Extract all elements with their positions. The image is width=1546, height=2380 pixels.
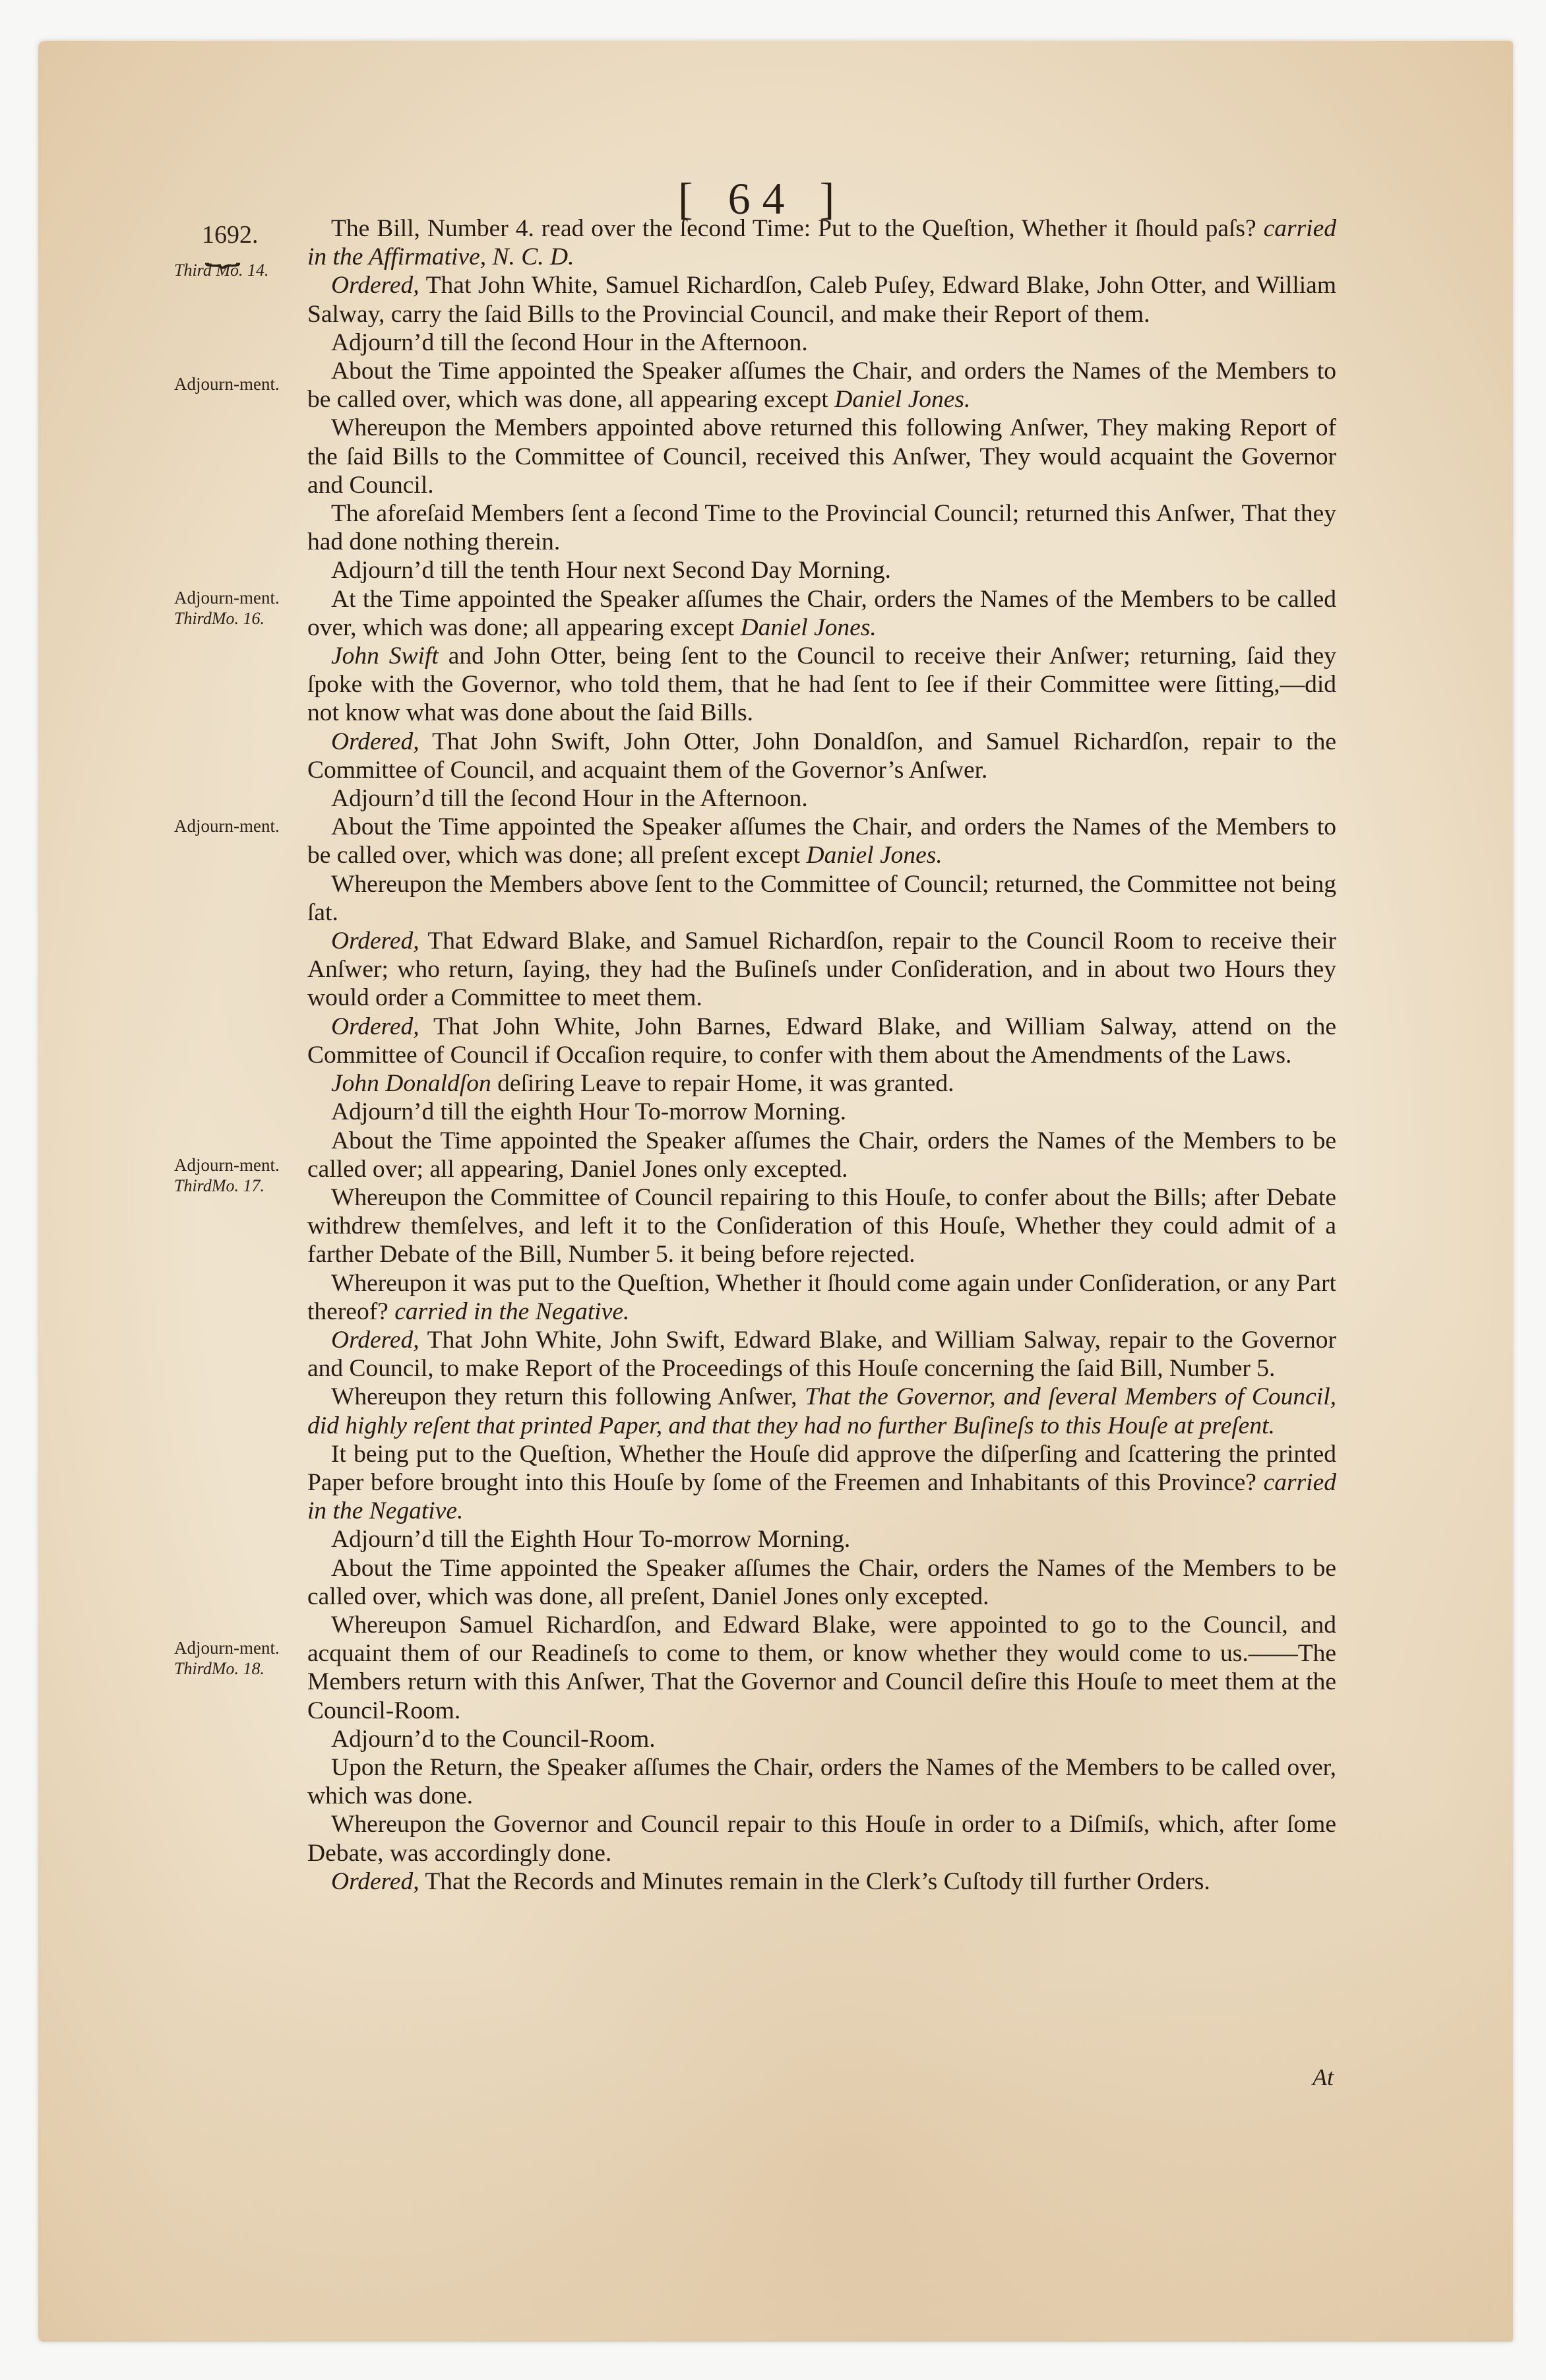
margin-note-adjournment: Adjourn-ment. ThirdMo. 16. [174,587,286,629]
paragraph-text: Adjourn’d till the Eighth Hour To-morrow… [331,1526,850,1553]
paragraph: Ordered, That John Swift, John Otter, Jo… [307,728,1336,784]
paragraph-text: That the Records and Minutes remain in t… [419,1868,1210,1895]
italic-lead: Ordered, [331,272,419,299]
paragraph: Adjourn’d till the eighth Hour To-morrow… [307,1098,1336,1126]
margin-label: Adjourn-ment. [174,815,286,836]
paragraph-text: It being put to the Queſtion, Whether th… [307,1441,1336,1496]
paragraph: Adjourn’d till the Eighth Hour To-morrow… [307,1525,1336,1553]
italic-lead: Ordered, [331,1868,419,1895]
paragraph: Adjourn’d till the ſecond Hour in the Af… [307,329,1336,357]
italic-lead: Ordered, [331,728,419,755]
paragraph-text: About the Time appointed the Speaker aſſ… [307,358,1336,413]
margin-date: ThirdMo. 16. [174,608,286,629]
paragraph-text: Adjourn’d till the ſecond Hour in the Af… [331,785,808,812]
margin-label: Adjourn-ment. [174,587,286,608]
italic-tail: Daniel Jones. [834,386,970,413]
margin-note-date: 1692. ⏟ Third Mo. 14. [174,224,286,281]
paragraph: Adjourn’d till the ſecond Hour in the Af… [307,784,1336,813]
paragraph-text: About the Time appointed the Speaker aſſ… [307,1555,1336,1610]
paragraph-text: That John White, Samuel Richardſon, Cale… [307,272,1336,327]
paragraph: The aforeſaid Members ſent a ſecond Time… [307,499,1336,556]
paragraph: The Bill, Number 4. read over the ſecond… [307,214,1336,271]
paragraph: Upon the Return, the Speaker aſſumes the… [307,1753,1336,1810]
paragraph: Ordered, That John White, Samuel Richard… [307,271,1336,328]
margin-note-adjournment: Adjourn-ment. ThirdMo. 18. [174,1637,286,1679]
paragraph: John Swift and John Otter, being ſent to… [307,642,1336,728]
italic-tail: Daniel Jones. [741,614,877,641]
paragraph-text: deſiring Leave to repair Home, it was gr… [491,1070,954,1097]
paragraph: Ordered, That Edward Blake, and Samuel R… [307,927,1336,1013]
paragraph: Whereupon Samuel Richardſon, and Edward … [307,1611,1336,1725]
italic-lead: Ordered, [331,1327,419,1354]
paragraph-text: Upon the Return, the Speaker aſſumes the… [307,1754,1336,1809]
paragraph-text: That Edward Blake, and Samuel Richardſon… [307,927,1336,1011]
paragraph-text: Whereupon Samuel Richardſon, and Edward … [307,1612,1336,1724]
paragraph: Whereupon the Committee of Council repai… [307,1183,1336,1269]
paragraph: Ordered, That John White, John Swift, Ed… [307,1326,1336,1383]
margin-note-adjournment: Adjourn-ment. ThirdMo. 17. [174,1154,286,1197]
margin-note-adjournment: Adjourn-ment. [174,373,286,394]
paragraph-text: Whereupon the Committee of Council repai… [307,1184,1336,1268]
document-body: The Bill, Number 4. read over the ſecond… [307,214,1336,1896]
italic-lead: Ordered, [331,927,419,955]
paragraph: Whereupon the Governor and Council repai… [307,1810,1336,1867]
paragraph: Adjourn’d to the Council-Room. [307,1725,1336,1753]
margin-date: ThirdMo. 17. [174,1175,286,1197]
paragraph: About the Time appointed the Speaker aſſ… [307,357,1336,414]
paragraph: Whereupon the Members appointed above re… [307,414,1336,499]
paragraph-text: Adjourn’d till the tenth Hour next Secon… [331,557,891,584]
paragraph: Ordered, That the Records and Minutes re… [307,1867,1336,1896]
margin-date: ThirdMo. 18. [174,1658,286,1679]
paragraph-text: and John Otter, being ſent to the Counci… [307,642,1336,726]
paragraph-text: That John White, John Swift, Edward Blak… [307,1327,1336,1382]
paragraph-text: Adjourn’d to the Council-Room. [331,1726,656,1753]
paragraph-text: That John White, John Barnes, Edward Bla… [307,1013,1336,1069]
paragraph: About the Time appointed the Speaker aſſ… [307,1127,1336,1183]
italic-lead: Ordered, [331,1013,419,1040]
paragraph: About the Time appointed the Speaker aſſ… [307,1554,1336,1611]
paragraph: At the Time appointed the Speaker aſſume… [307,585,1336,642]
paragraph: About the Time appointed the Speaker aſſ… [307,813,1336,869]
paragraph: Ordered, That John White, John Barnes, E… [307,1013,1336,1069]
paragraph: It being put to the Queſtion, Whether th… [307,1440,1336,1526]
italic-lead: John Donaldſon [331,1070,491,1097]
margin-label: Adjourn-ment. [174,373,286,394]
margin-label: Adjourn-ment. [174,1154,286,1175]
margin-note-adjournment: Adjourn-ment. [174,815,286,836]
paragraph-text: Whereupon the Governor and Council repai… [307,1811,1336,1866]
paragraph: Whereupon the Members above ſent to the … [307,870,1336,927]
italic-lead: John Swift [331,642,439,670]
paragraph-text: The Bill, Number 4. read over the ſecond… [331,215,1264,242]
paragraph-text: Whereupon they return this following Anſ… [331,1383,805,1410]
paragraph-text: That John Swift, John Otter, John Donald… [307,728,1336,784]
italic-tail: carried in the Negative. [394,1298,629,1325]
paragraph-text: Whereupon the Members appointed above re… [307,414,1336,498]
catchword: At [1313,2063,1334,2091]
italic-tail: Daniel Jones. [807,842,943,869]
margin-label: Adjourn-ment. [174,1637,286,1658]
paragraph: Whereupon they return this following Anſ… [307,1383,1336,1439]
paragraph-text: Adjourn’d till the eighth Hour To-morrow… [331,1098,846,1125]
paragraph: Whereupon it was put to the Queſtion, Wh… [307,1269,1336,1326]
paragraph-text: Adjourn’d till the ſecond Hour in the Af… [331,329,808,356]
paragraph: John Donaldſon deſiring Leave to repair … [307,1069,1336,1098]
paragraph-text: The aforeſaid Members ſent a ſecond Time… [307,500,1336,555]
paragraph-text: Whereupon the Members above ſent to the … [307,871,1336,926]
paragraph: Adjourn’d till the tenth Hour next Secon… [307,556,1336,584]
paragraph-text: About the Time appointed the Speaker aſſ… [307,1127,1336,1183]
